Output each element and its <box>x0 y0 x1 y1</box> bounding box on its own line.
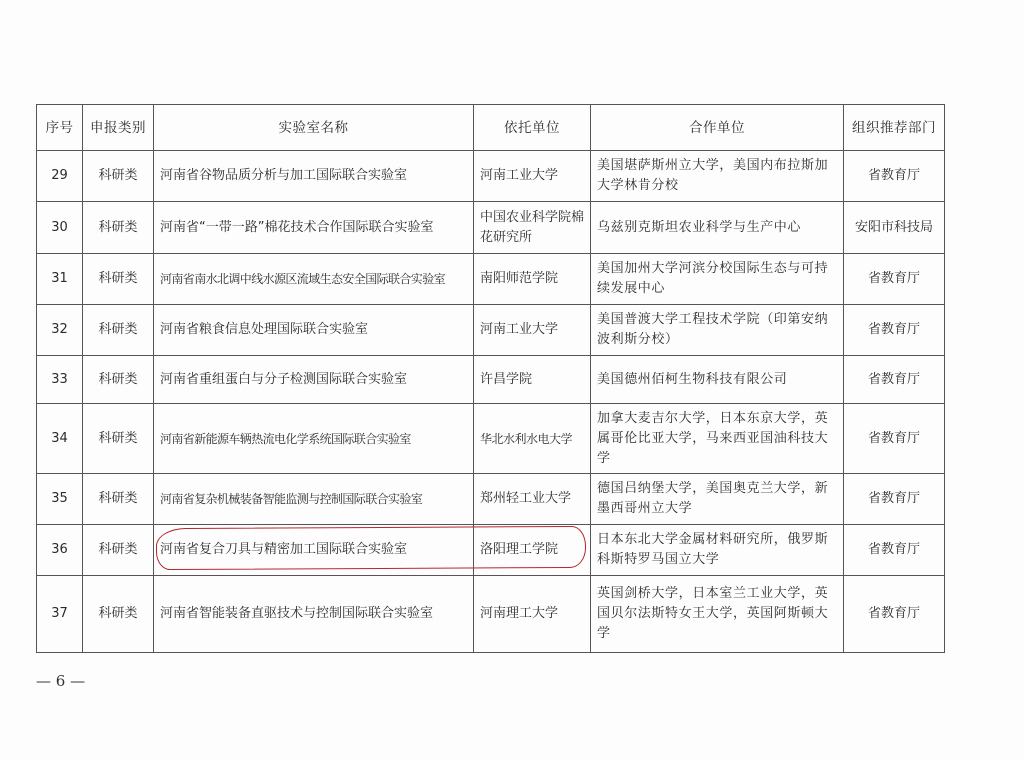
cell-host-unit: 郑州轻工业大学 <box>474 474 591 525</box>
cell-recommending-dept: 省教育厅 <box>844 576 945 653</box>
cell-partner-unit: 美国堪萨斯州立大学，美国内布拉斯加大学林肯分校 <box>591 151 844 202</box>
table-row: 30 科研类 河南省“一带一路”棉花技术合作国际联合实验室 中国农业科学院棉花研… <box>37 202 945 254</box>
cell-recommending-dept: 省教育厅 <box>844 151 945 202</box>
table-row: 29 科研类 河南省谷物品质分析与加工国际联合实验室 河南工业大学 美国堪萨斯州… <box>37 151 945 202</box>
cell-lab-name: 河南省智能装备直驱技术与控制国际联合实验室 <box>154 576 474 653</box>
cell-serial: 34 <box>37 404 83 474</box>
cell-lab-name: 河南省复杂机械装备智能监测与控制国际联合实验室 <box>154 474 474 525</box>
header-lab-name: 实验室名称 <box>154 105 474 151</box>
cell-host-unit: 华北水利水电大学 <box>474 404 591 474</box>
cell-serial: 29 <box>37 151 83 202</box>
cell-serial: 37 <box>37 576 83 653</box>
cell-category: 科研类 <box>83 202 154 254</box>
cell-serial: 33 <box>37 356 83 404</box>
cell-host-unit: 河南工业大学 <box>474 151 591 202</box>
cell-partner-unit: 德国吕纳堡大学，美国奥克兰大学，新墨西哥州立大学 <box>591 474 844 525</box>
header-serial: 序号 <box>37 105 83 151</box>
cell-serial: 30 <box>37 202 83 254</box>
cell-host-unit: 河南理工大学 <box>474 576 591 653</box>
cell-lab-name: 河南省重组蛋白与分子检测国际联合实验室 <box>154 356 474 404</box>
cell-category: 科研类 <box>83 254 154 305</box>
cell-recommending-dept: 省教育厅 <box>844 356 945 404</box>
cell-category: 科研类 <box>83 474 154 525</box>
cell-host-unit: 南阳师范学院 <box>474 254 591 305</box>
cell-lab-name: 河南省粮食信息处理国际联合实验室 <box>154 305 474 356</box>
table-row: 35 科研类 河南省复杂机械装备智能监测与控制国际联合实验室 郑州轻工业大学 德… <box>37 474 945 525</box>
cell-host-unit: 许昌学院 <box>474 356 591 404</box>
cell-category: 科研类 <box>83 356 154 404</box>
cell-lab-name: 河南省谷物品质分析与加工国际联合实验室 <box>154 151 474 202</box>
cell-partner-unit: 美国加州大学河滨分校国际生态与可持续发展中心 <box>591 254 844 305</box>
table-header-row: 序号 申报类别 实验室名称 依托单位 合作单位 组织推荐部门 <box>37 105 945 151</box>
cell-partner-unit: 美国普渡大学工程技术学院（印第安纳波利斯分校） <box>591 305 844 356</box>
table-row: 32 科研类 河南省粮食信息处理国际联合实验室 河南工业大学 美国普渡大学工程技… <box>37 305 945 356</box>
cell-partner-unit: 乌兹别克斯坦农业科学与生产中心 <box>591 202 844 254</box>
cell-serial: 31 <box>37 254 83 305</box>
header-category: 申报类别 <box>83 105 154 151</box>
cell-host-unit: 洛阳理工学院 <box>474 525 591 576</box>
cell-serial: 35 <box>37 474 83 525</box>
cell-host-unit: 河南工业大学 <box>474 305 591 356</box>
cell-recommending-dept: 省教育厅 <box>844 404 945 474</box>
table-row-highlighted: 36 科研类 河南省复合刀具与精密加工国际联合实验室 洛阳理工学院 日本东北大学… <box>37 525 945 576</box>
cell-category: 科研类 <box>83 151 154 202</box>
table-row: 33 科研类 河南省重组蛋白与分子检测国际联合实验室 许昌学院 美国德州佰柯生物… <box>37 356 945 404</box>
cell-partner-unit: 日本东北大学金属材料研究所，俄罗斯科斯特罗马国立大学 <box>591 525 844 576</box>
cell-host-unit: 中国农业科学院棉花研究所 <box>474 202 591 254</box>
page-number: — 6 — <box>36 672 85 690</box>
cell-serial: 32 <box>37 305 83 356</box>
cell-recommending-dept: 省教育厅 <box>844 474 945 525</box>
cell-serial: 36 <box>37 525 83 576</box>
cell-partner-unit: 美国德州佰柯生物科技有限公司 <box>591 356 844 404</box>
table-row: 37 科研类 河南省智能装备直驱技术与控制国际联合实验室 河南理工大学 英国剑桥… <box>37 576 945 653</box>
lab-list-table: 序号 申报类别 实验室名称 依托单位 合作单位 组织推荐部门 29 科研类 河南… <box>36 104 945 653</box>
header-partner-unit: 合作单位 <box>591 105 844 151</box>
header-recommending-dept: 组织推荐部门 <box>844 105 945 151</box>
cell-lab-name: 河南省南水北调中线水源区流域生态安全国际联合实验室 <box>154 254 474 305</box>
cell-category: 科研类 <box>83 525 154 576</box>
cell-recommending-dept: 省教育厅 <box>844 525 945 576</box>
cell-recommending-dept: 省教育厅 <box>844 305 945 356</box>
cell-lab-name: 河南省新能源车辆热流电化学系统国际联合实验室 <box>154 404 474 474</box>
document-page: 序号 申报类别 实验室名称 依托单位 合作单位 组织推荐部门 29 科研类 河南… <box>0 0 1024 759</box>
cell-category: 科研类 <box>83 305 154 356</box>
header-host-unit: 依托单位 <box>474 105 591 151</box>
cell-lab-name: 河南省“一带一路”棉花技术合作国际联合实验室 <box>154 202 474 254</box>
table-row: 34 科研类 河南省新能源车辆热流电化学系统国际联合实验室 华北水利水电大学 加… <box>37 404 945 474</box>
cell-category: 科研类 <box>83 404 154 474</box>
cell-partner-unit: 英国剑桥大学，日本室兰工业大学，英国贝尔法斯特女王大学，英国阿斯顿大学 <box>591 576 844 653</box>
table-row: 31 科研类 河南省南水北调中线水源区流域生态安全国际联合实验室 南阳师范学院 … <box>37 254 945 305</box>
cell-lab-name: 河南省复合刀具与精密加工国际联合实验室 <box>154 525 474 576</box>
cell-category: 科研类 <box>83 576 154 653</box>
cell-partner-unit: 加拿大麦吉尔大学，日本东京大学，英属哥伦比亚大学，马来西亚国油科技大学 <box>591 404 844 474</box>
cell-recommending-dept: 省教育厅 <box>844 254 945 305</box>
cell-recommending-dept: 安阳市科技局 <box>844 202 945 254</box>
